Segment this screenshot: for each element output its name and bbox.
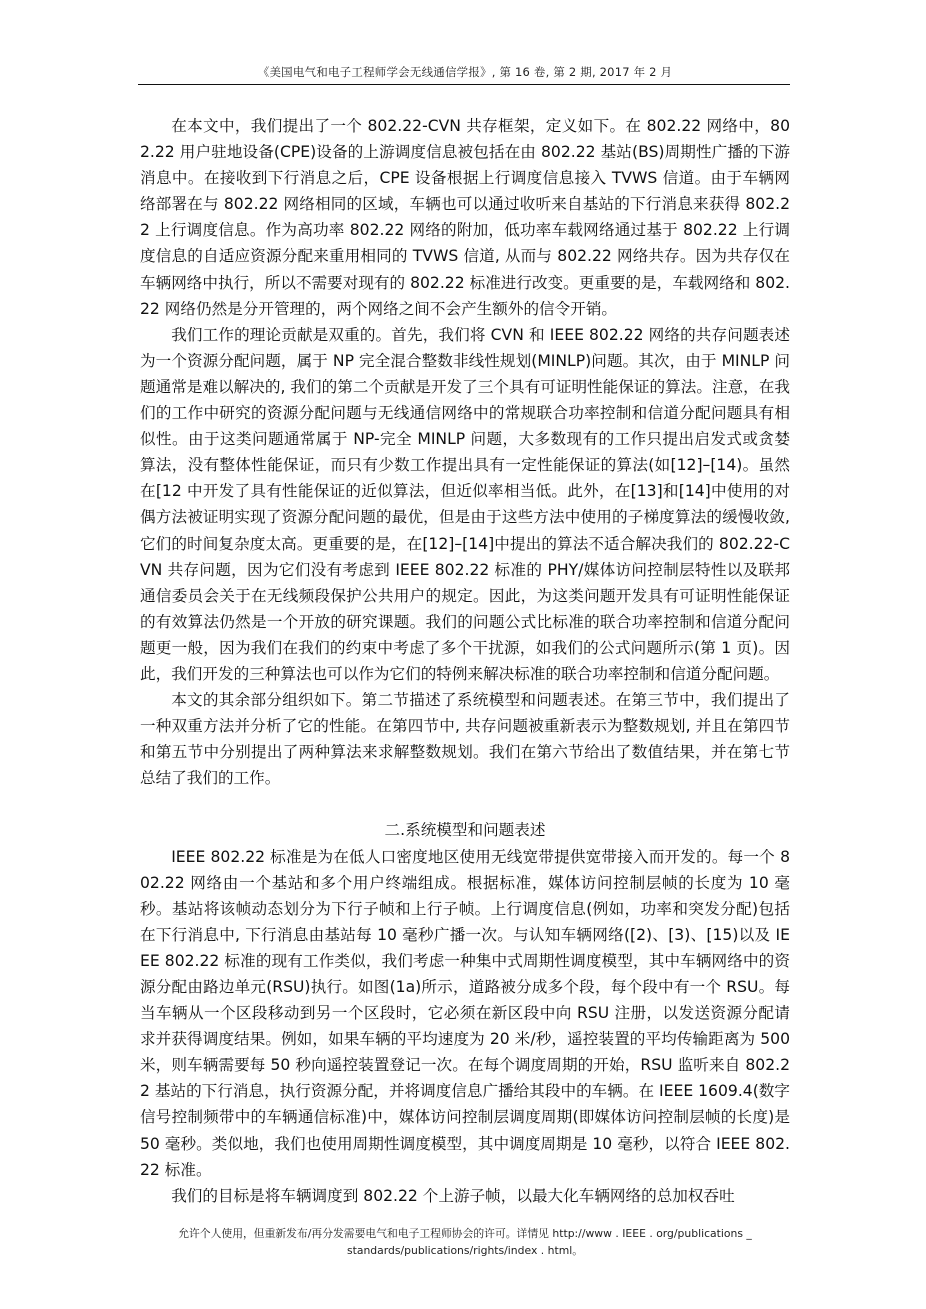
- paragraph-contributions: 我们工作的理论贡献是双重的。首先，我们将 CVN 和 IEEE 802.22 网…: [140, 322, 790, 687]
- paragraph-framework: 在本文中，我们提出了一个 802.22-CVN 共存框架，定义如下。在 802.…: [140, 113, 790, 322]
- header-rule: [138, 84, 790, 85]
- section-heading: 二.系统模型和问题表述: [140, 817, 790, 843]
- footer-line-2: standards/publications/rights/index . ht…: [150, 1242, 780, 1259]
- paragraph-system-model: IEEE 802.22 标准是为在低人口密度地区使用无线宽带提供宽带接入而开发的…: [140, 844, 790, 1183]
- running-header: 《美国电气和电子工程师学会无线通信学报》, 第 16 卷, 第 2 期, 201…: [140, 64, 790, 80]
- paragraph-objective: 我们的目标是将车辆调度到 802.22 个上游子帧，以最大化车辆网络的总加权吞吐: [140, 1183, 790, 1209]
- paragraph-organization: 本文的其余部分组织如下。第二节描述了系统模型和问题表述。在第三节中，我们提出了一…: [140, 687, 790, 791]
- footer-line-1: 允许个人使用，但重新发布/再分发需要电气和电子工程师协会的许可。详情见 http…: [150, 1225, 780, 1242]
- article-body: 在本文中，我们提出了一个 802.22-CVN 共存框架，定义如下。在 802.…: [140, 113, 790, 1209]
- copyright-footer: 允许个人使用，但重新发布/再分发需要电气和电子工程师协会的许可。详情见 http…: [150, 1225, 780, 1259]
